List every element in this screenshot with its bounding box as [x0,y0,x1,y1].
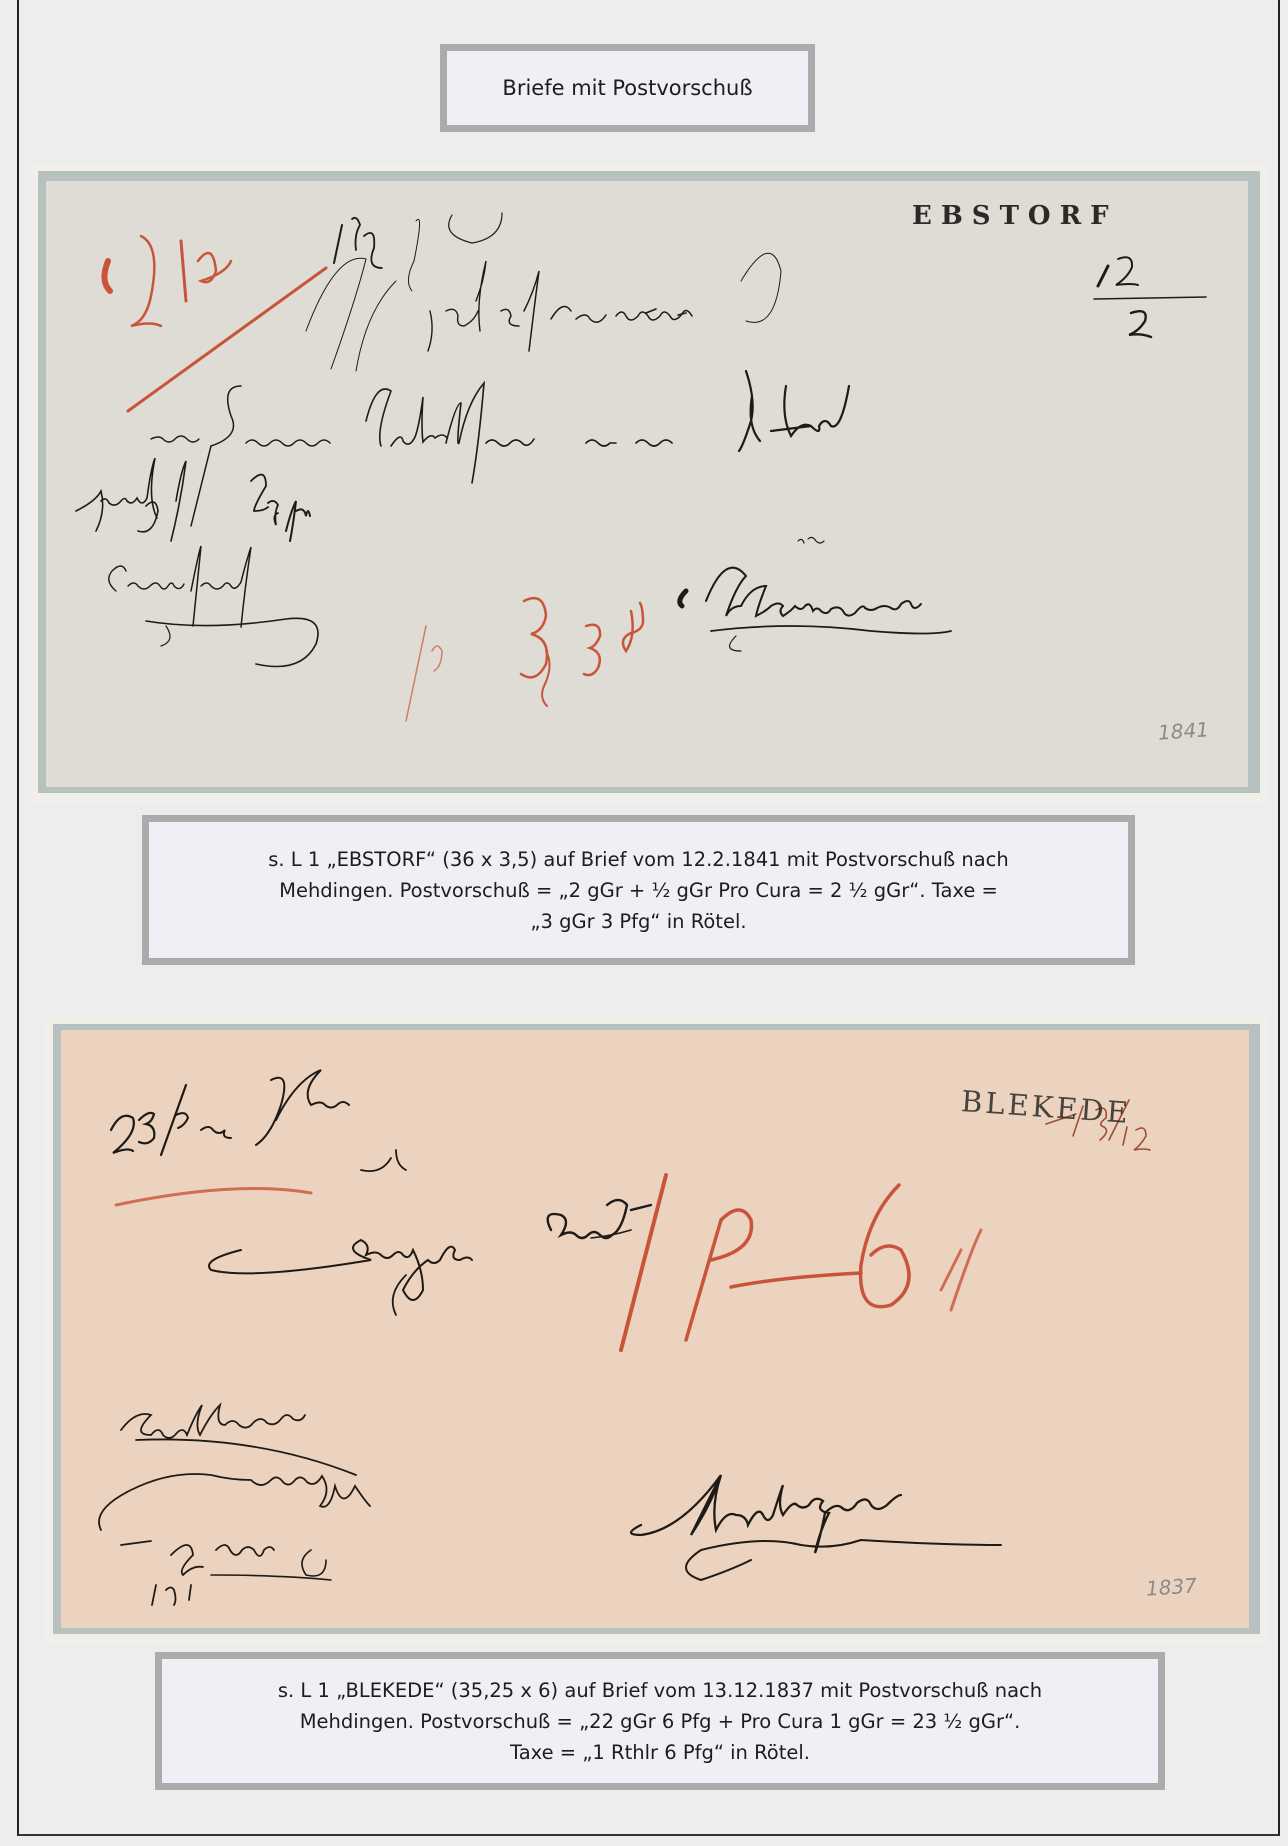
pencil-year-1837: 1837 [1145,1573,1197,1600]
cover-letter-ebstorf: EBSTORF 1841 [46,181,1248,787]
letter-mount-ebstorf: EBSTORF 1841 [32,163,1268,803]
postmark-ebstorf: EBSTORF [912,201,1118,231]
caption-blekede: s. L 1 „BLEKEDE“ (35,25 x 6) auf Brief v… [155,1652,1165,1790]
caption-line: Mehdingen. Postvorschuß = „2 gGr + ½ gGr… [279,875,998,906]
caption-line: Taxe = „1 Rthlr 6 Pfg“ in Rötel. [510,1737,810,1768]
caption-ebstorf: s. L 1 „EBSTORF“ (36 x 3,5) auf Brief vo… [142,815,1135,965]
handwriting-ebstorf [46,181,1248,787]
cover-letter-blekede: BLEKEDE 1837 [61,1030,1249,1628]
pencil-year-1841: 1841 [1157,717,1209,744]
caption-line: s. L 1 „BLEKEDE“ (35,25 x 6) auf Brief v… [278,1675,1042,1706]
caption-line: Mehdingen. Postvorschuß = „22 gGr 6 Pfg … [300,1706,1021,1737]
caption-line: s. L 1 „EBSTORF“ (36 x 3,5) auf Brief vo… [268,844,1009,875]
caption-line: „3 gGr 3 Pfg“ in Rötel. [530,906,746,937]
letter-mount-blekede: BLEKEDE 1837 [45,1018,1268,1643]
page-title: Briefe mit Postvorschuß [502,76,752,100]
page-title-label: Briefe mit Postvorschuß [440,44,815,132]
